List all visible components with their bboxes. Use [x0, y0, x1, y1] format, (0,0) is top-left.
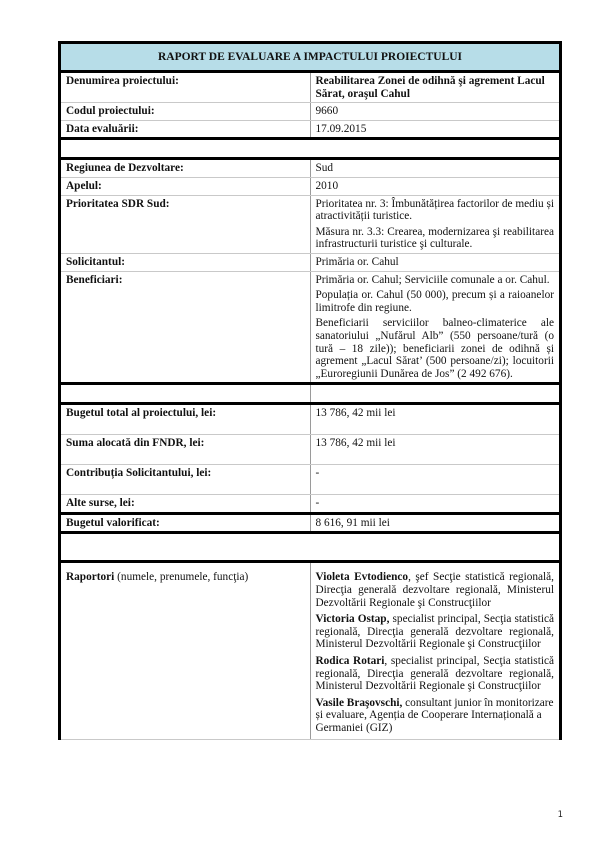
- other-sources-label: Alte surse, lei:: [60, 495, 311, 514]
- beneficiaries-label: Beneficiari:: [60, 271, 311, 384]
- used-budget-value: 8 616, 91 mii lei: [310, 513, 561, 533]
- spacer-row: [60, 384, 561, 404]
- reporters-value: Violeta Evtodienco, şef Secţie statistic…: [310, 562, 561, 739]
- reporter-entry: Victoria Ostap, specialist principal, Se…: [316, 613, 555, 651]
- measure-text: Măsura nr. 3.3: Crearea, modernizarea şi…: [316, 226, 555, 251]
- table-row: Regiunea de Dezvoltare: Sud: [60, 159, 561, 178]
- evaluation-date-label: Data evaluării:: [60, 120, 311, 139]
- table-row: Raportori (numele, prenumele, funcţia) V…: [60, 562, 561, 739]
- total-budget-value: 13 786, 42 mii lei: [310, 404, 561, 435]
- used-budget-label: Bugetul valorificat:: [60, 513, 311, 533]
- project-name-value: Reabilitarea Zonei de odihnă şi agrement…: [310, 72, 561, 103]
- call-label: Apelul:: [60, 177, 311, 195]
- applicant-label: Solicitantul:: [60, 253, 311, 271]
- call-value: 2010: [310, 177, 561, 195]
- applicant-value: Primăria or. Cahul: [310, 253, 561, 271]
- table-row: Bugetul valorificat: 8 616, 91 mii lei: [60, 513, 561, 533]
- reporter-entry: Vasile Braşovschi, consultant junior în …: [316, 697, 555, 735]
- fndr-amount-label: Suma alocată din FNDR, lei:: [60, 435, 311, 465]
- region-value: Sud: [310, 159, 561, 178]
- beneficiaries-text-3: Beneficiarii serviciilor balneo-climater…: [316, 317, 555, 380]
- project-code-label: Codul proiectului:: [60, 103, 311, 121]
- reporter-entry: Rodica Rotari, specialist principal, Sec…: [316, 655, 555, 693]
- beneficiaries-text-2: Populația or. Cahul (50 000), precum și …: [316, 289, 555, 314]
- spacer-row: [60, 139, 561, 159]
- table-row: Beneficiari: Primăria or. Cahul; Servici…: [60, 271, 561, 384]
- reporters-label: Raportori (numele, prenumele, funcţia): [60, 562, 311, 739]
- region-label: Regiunea de Dezvoltare:: [60, 159, 311, 178]
- project-code-value: 9660: [310, 103, 561, 121]
- beneficiaries-text-1: Primăria or. Cahul; Serviciile comunale …: [316, 274, 555, 287]
- table-row: Contribuția Solicitantului, lei: -: [60, 465, 561, 495]
- table-row: Data evaluării: 17.09.2015: [60, 120, 561, 139]
- evaluation-date-value: 17.09.2015: [310, 120, 561, 139]
- table-row: Bugetul total al proiectului, lei: 13 78…: [60, 404, 561, 435]
- table-row: Solicitantul: Primăria or. Cahul: [60, 253, 561, 271]
- table-row: Denumirea proiectului: Reabilitarea Zone…: [60, 72, 561, 103]
- applicant-contribution-label: Contribuția Solicitantului, lei:: [60, 465, 311, 495]
- total-budget-label: Bugetul total al proiectului, lei:: [60, 404, 311, 435]
- applicant-contribution-value: -: [310, 465, 561, 495]
- table-row: Suma alocată din FNDR, lei: 13 786, 42 m…: [60, 435, 561, 465]
- priority-label: Prioritatea SDR Sud:: [60, 195, 311, 253]
- priority-text: Prioritatea nr. 3: Îmbunătățirea factori…: [316, 198, 555, 223]
- evaluation-report-table: RAPORT DE EVALUARE A IMPACTULUI PROIECTU…: [58, 41, 562, 740]
- table-row: Prioritatea SDR Sud: Prioritatea nr. 3: …: [60, 195, 561, 253]
- page-number: 1: [558, 810, 563, 820]
- table-row: Alte surse, lei: -: [60, 495, 561, 514]
- spacer-row: [60, 533, 561, 562]
- fndr-amount-value: 13 786, 42 mii lei: [310, 435, 561, 465]
- table-row: Codul proiectului: 9660: [60, 103, 561, 121]
- priority-value: Prioritatea nr. 3: Îmbunătățirea factori…: [310, 195, 561, 253]
- report-title: RAPORT DE EVALUARE A IMPACTULUI PROIECTU…: [60, 43, 561, 72]
- other-sources-value: -: [310, 495, 561, 514]
- table-row: Apelul: 2010: [60, 177, 561, 195]
- reporter-entry: Violeta Evtodienco, şef Secţie statistic…: [316, 571, 555, 609]
- project-name-label: Denumirea proiectului:: [60, 72, 311, 103]
- beneficiaries-value: Primăria or. Cahul; Serviciile comunale …: [310, 271, 561, 384]
